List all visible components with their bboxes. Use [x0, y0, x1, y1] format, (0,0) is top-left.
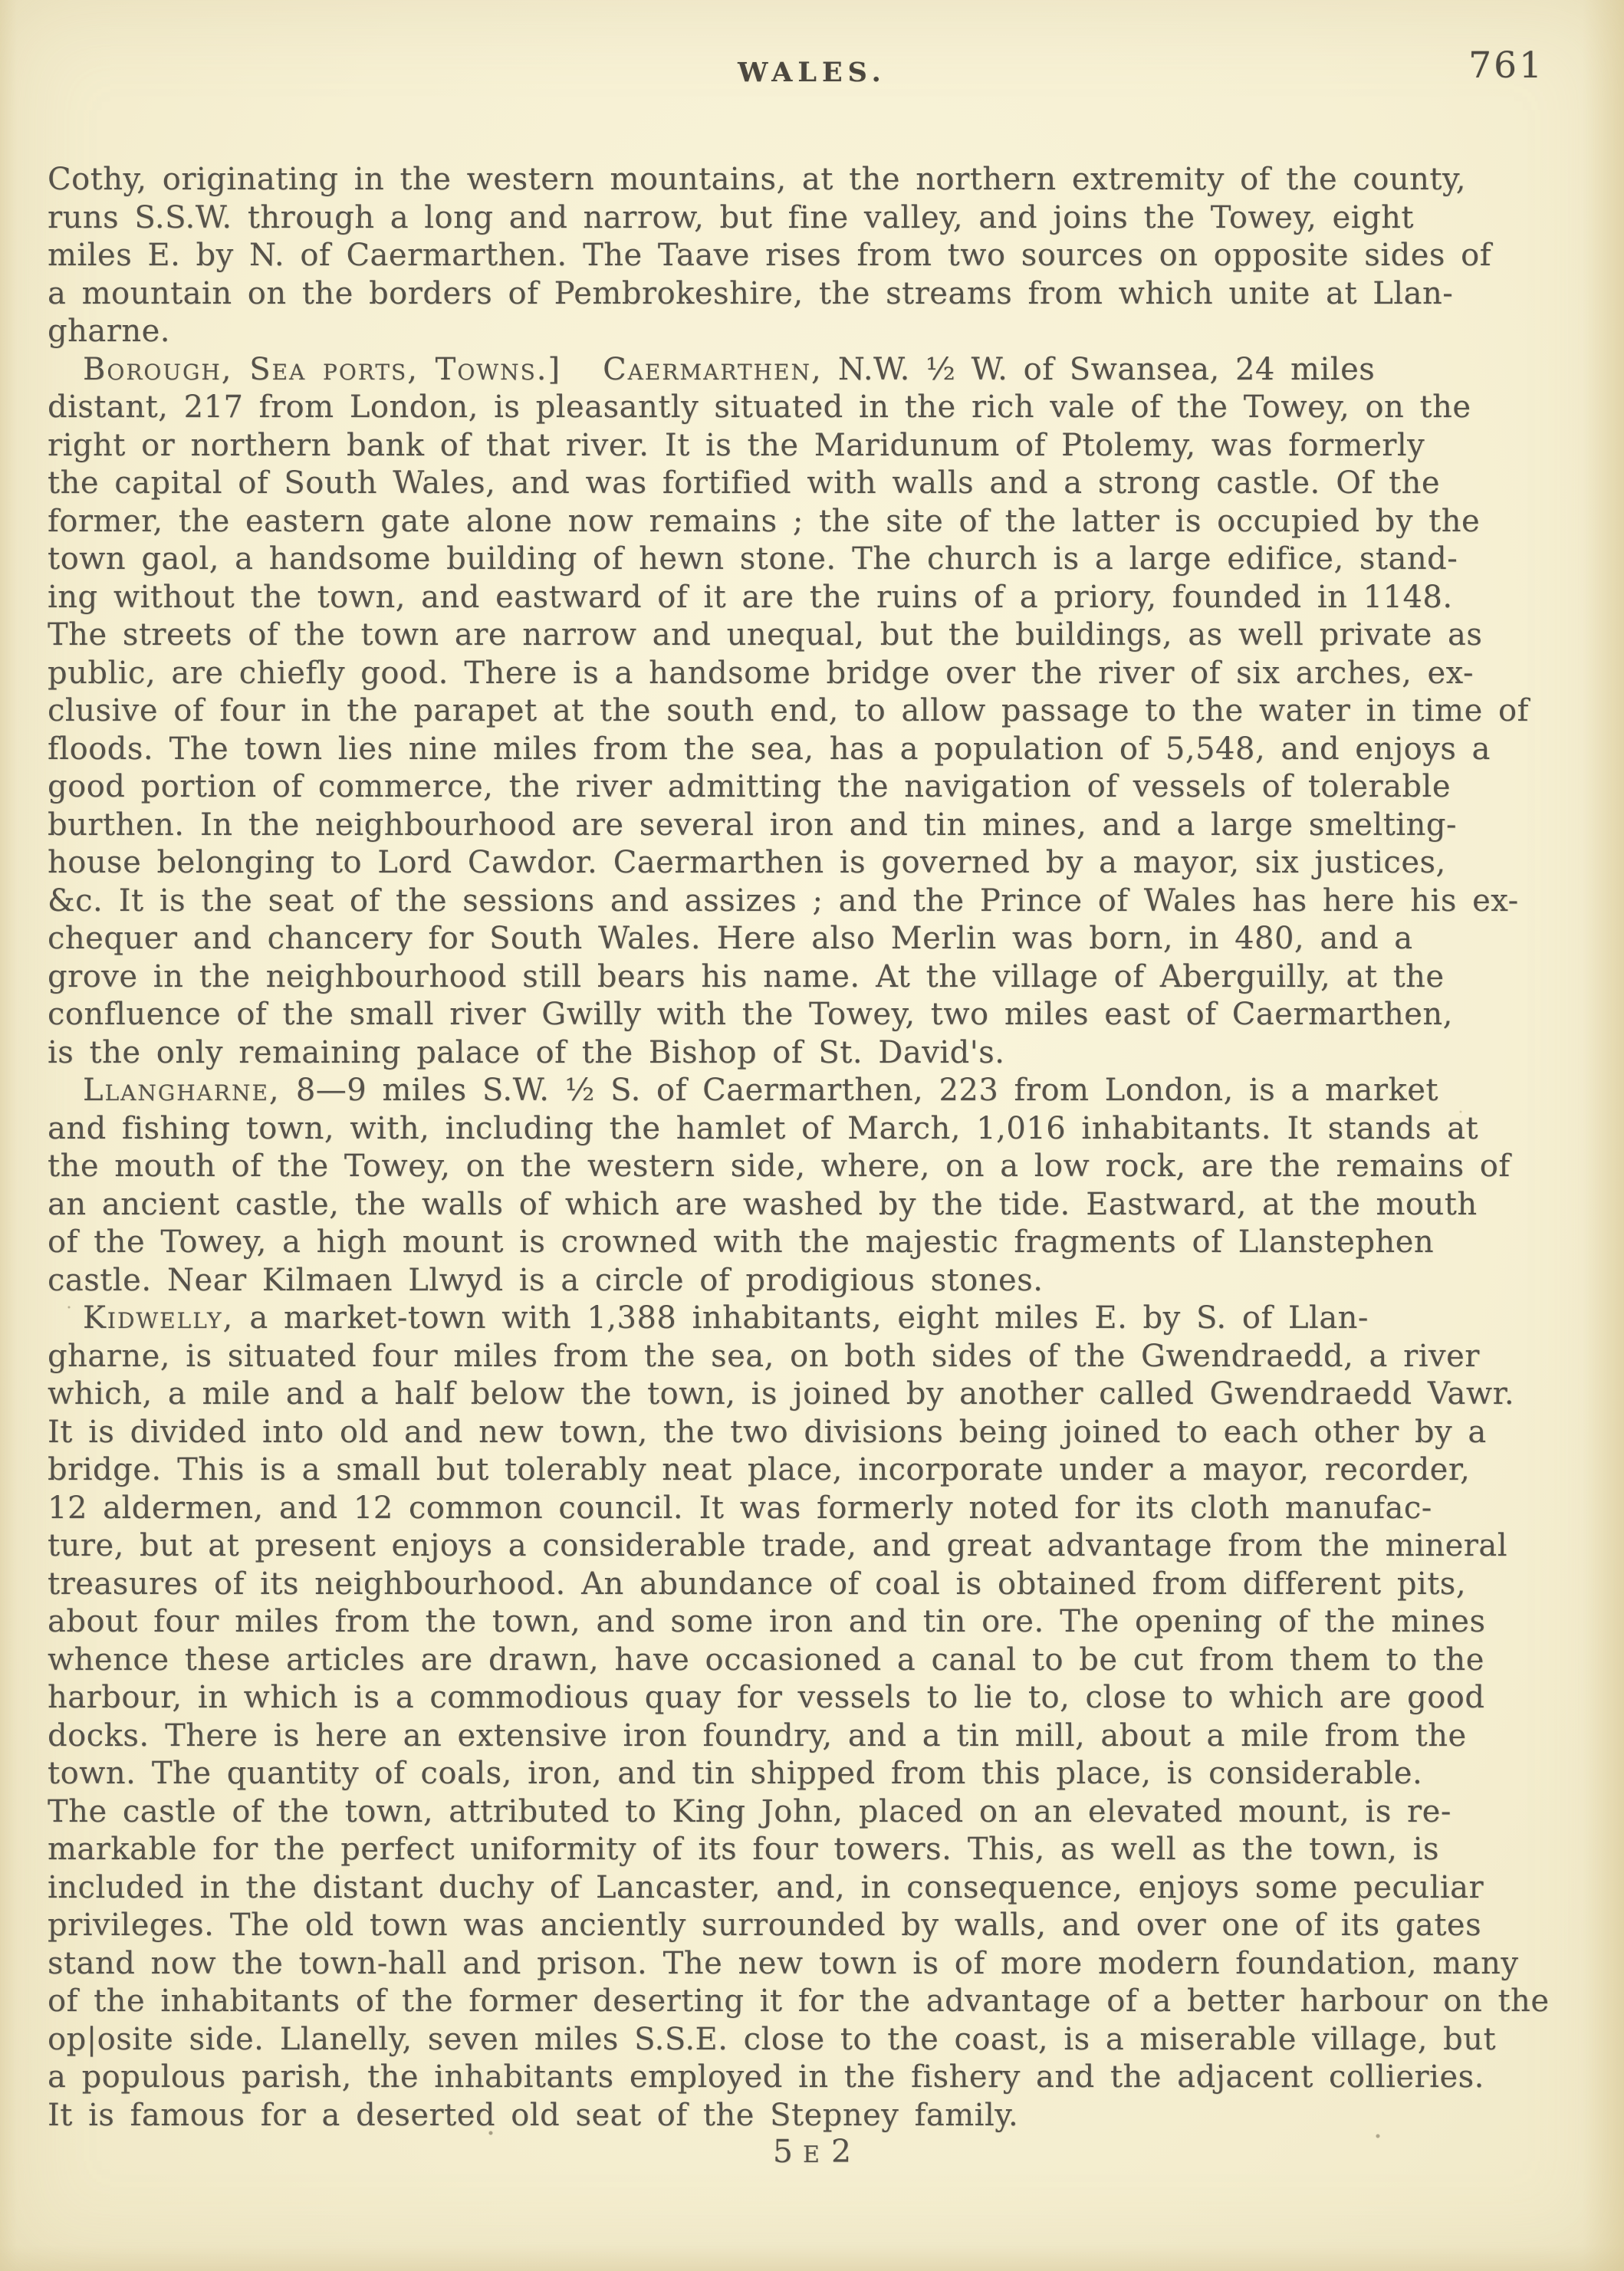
text-run: a market-town with 1,388 inhabitants, ei… [234, 1300, 1369, 1336]
text-line: gharne. [48, 313, 1576, 351]
signature-number: 2 [831, 2133, 851, 2170]
text-line: treasures of its neighbourhood. An abund… [48, 1566, 1576, 1604]
text-line: &c. It is the seat of the sessions and a… [48, 882, 1576, 921]
text-line: a mountain on the borders of Pembrokeshi… [48, 275, 1576, 314]
paragraph-lines: distant, 217 from London, is pleasantly … [48, 389, 1576, 1072]
text-line: Borough, Sea ports, Towns.]Caermarthen, … [48, 351, 1576, 389]
text-line: which, a mile and a half below the town,… [48, 1375, 1576, 1414]
text-line: miles E. by N. of Caermarthen. The Taave… [48, 237, 1576, 275]
text-line: of the Towey, a high mount is crowned wi… [48, 1224, 1576, 1262]
text-line: public, are chiefly good. There is a han… [48, 655, 1576, 693]
text-line: harbour, in which is a commodious quay f… [48, 1679, 1576, 1717]
text-line: runs S.S.W. through a long and narrow, b… [48, 199, 1576, 238]
text-line: stand now the town-hall and prison. The … [48, 1945, 1576, 1983]
text-line: about four miles from the town, and some… [48, 1603, 1576, 1642]
text-line: the mouth of the Towey, on the western s… [48, 1148, 1576, 1186]
paragraph-lines: and fishing town, with, including the ha… [48, 1110, 1576, 1300]
text-line: whence these articles are drawn, have oc… [48, 1642, 1576, 1680]
text-line: Llangharne, 8—9 miles S.W. ½ S. of Caerm… [48, 1072, 1576, 1110]
signature-number: 5 [773, 2133, 793, 2170]
paragraph-kidwelly: Kidwelly, a market-town with 1,388 inhab… [48, 1300, 1576, 2135]
signature-mark: 5 E 2 [48, 2133, 1576, 2170]
running-title: WALES. [0, 57, 1624, 88]
text-line: an ancient castle, the walls of which ar… [48, 1186, 1576, 1224]
text-line: castle. Near Kilmaen Llwyd is a circle o… [48, 1262, 1576, 1300]
text-line: town gaol, a handsome building of hewn s… [48, 541, 1576, 579]
text-line: good portion of commerce, the river admi… [48, 768, 1576, 807]
paragraph-lines: Cothy, originating in the western mounta… [48, 161, 1576, 351]
text-line: chequer and chancery for South Wales. He… [48, 920, 1576, 958]
signature-letter: E [803, 2141, 821, 2168]
town-name: Kidwelly, [83, 1300, 234, 1336]
paragraph-cothy: Cothy, originating in the western mounta… [48, 161, 1576, 351]
text-line: included in the distant duchy of Lancast… [48, 1869, 1576, 1908]
text-line: The streets of the town are narrow and u… [48, 616, 1576, 655]
text-line: former, the eastern gate alone now remai… [48, 503, 1576, 541]
town-name: Llangharne, [83, 1073, 281, 1108]
text-line: docks. There is here an extensive iron f… [48, 1717, 1576, 1756]
text-line: Cothy, originating in the western mounta… [48, 161, 1576, 199]
text-line: a populous parish, the inhabitants emplo… [48, 2059, 1576, 2097]
text-line: gharne, is situated four miles from the … [48, 1338, 1576, 1376]
paragraph-lines: gharne, is situated four miles from the … [48, 1338, 1576, 2135]
text-line: It is famous for a deserted old seat of … [48, 2097, 1576, 2135]
text-line: town. The quantity of coals, iron, and t… [48, 1755, 1576, 1793]
page-number: 761 [1468, 44, 1544, 87]
text-line: house belonging to Lord Cawdor. Caermart… [48, 844, 1576, 882]
text-line: privileges. The old town was anciently s… [48, 1907, 1576, 1945]
text-run: N.W. ½ W. of Swansea, 24 miles [823, 352, 1376, 387]
text-line: is the only remaining palace of the Bish… [48, 1034, 1576, 1073]
text-line: right or northern bank of that river. It… [48, 427, 1576, 465]
text-line: Kidwelly, a market-town with 1,388 inhab… [48, 1300, 1576, 1338]
text-line: grove in the neighbourhood still bears h… [48, 958, 1576, 997]
text-line: op|osite side. Llanelly, seven miles S.S… [48, 2021, 1576, 2059]
paragraph-caermarthen: Borough, Sea ports, Towns.]Caermarthen, … [48, 351, 1576, 1073]
text-line: The castle of the town, attributed to Ki… [48, 1793, 1576, 1832]
text-line: floods. The town lies nine miles from th… [48, 731, 1576, 769]
text-line: ing without the town, and eastward of it… [48, 579, 1576, 617]
text-line: burthen. In the neighbourhood are severa… [48, 807, 1576, 845]
section-head: Borough, Sea ports, Towns.] [83, 352, 561, 387]
scanned-book-page: WALES. 761 Cothy, originating in the wes… [0, 0, 1624, 2271]
text-line: and fishing town, with, including the ha… [48, 1110, 1576, 1149]
text-block: Cothy, originating in the western mounta… [48, 161, 1576, 2135]
text-line: confluence of the small river Gwilly wit… [48, 996, 1576, 1034]
text-line: It is divided into old and new town, the… [48, 1414, 1576, 1452]
town-name: Caermarthen, [603, 352, 823, 387]
text-line: 12 aldermen, and 12 common council. It w… [48, 1490, 1576, 1528]
text-line: clusive of four in the parapet at the so… [48, 692, 1576, 731]
text-line: of the inhabitants of the former deserti… [48, 1983, 1576, 2021]
text-line: distant, 217 from London, is pleasantly … [48, 389, 1576, 427]
text-line: the capital of South Wales, and was fort… [48, 465, 1576, 503]
text-line: ture, but at present enjoys a considerab… [48, 1527, 1576, 1566]
text-run: 8—9 miles S.W. ½ S. of Caermarthen, 223 … [281, 1073, 1438, 1108]
text-line: markable for the perfect uniformity of i… [48, 1831, 1576, 1869]
text-line: bridge. This is a small but tolerably ne… [48, 1451, 1576, 1490]
paragraph-llangharne: Llangharne, 8—9 miles S.W. ½ S. of Caerm… [48, 1072, 1576, 1300]
